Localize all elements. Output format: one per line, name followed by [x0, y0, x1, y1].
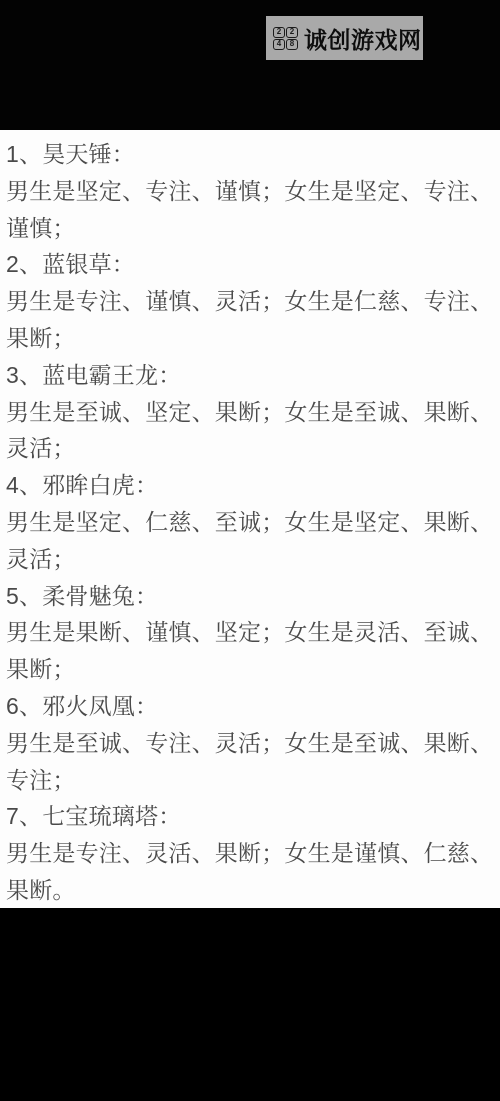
section-body-line: 果断。 [6, 872, 496, 909]
section-body-line: 专注； [6, 762, 496, 799]
section-soft-bone-rabbit: 5、柔骨魅兔： 男生是果断、谨慎、坚定；女生是灵活、至诚、 果断； [6, 578, 496, 688]
bottom-letterbox-bar [0, 908, 500, 1101]
section-title: 3、蓝电霸王龙： [6, 357, 496, 394]
section-body-line: 果断； [6, 651, 496, 688]
top-letterbox-bar: 2 2 4 8 诚创游戏网 [0, 0, 500, 130]
logo-tile: 8 [286, 39, 298, 50]
screenshot-root: 2 2 4 8 诚创游戏网 1、昊天锤： 男生是坚定、专注、谨慎；女生是坚定、专… [0, 0, 500, 1101]
section-body-line: 男生是专注、谨慎、灵活；女生是仁慈、专注、 [6, 283, 496, 320]
section-body-line: 果断； [6, 320, 496, 357]
section-body-line: 男生是至诚、坚定、果断；女生是至诚、果断、 [6, 394, 496, 431]
section-body-line: 男生是坚定、专注、谨慎；女生是坚定、专注、 [6, 173, 496, 210]
section-haotian-hammer: 1、昊天锤： 男生是坚定、专注、谨慎；女生是坚定、专注、 谨慎； [6, 136, 496, 246]
watermark-badge: 2 2 4 8 诚创游戏网 [266, 16, 423, 60]
section-blue-lightning-dragon: 3、蓝电霸王龙： 男生是至诚、坚定、果断；女生是至诚、果断、 灵活； [6, 357, 496, 467]
section-evil-eye-white-tiger: 4、邪眸白虎： 男生是坚定、仁慈、至诚；女生是坚定、果断、 灵活； [6, 467, 496, 577]
logo-tile: 4 [273, 39, 285, 50]
section-title: 2、蓝银草： [6, 246, 496, 283]
section-body-line: 男生是坚定、仁慈、至诚；女生是坚定、果断、 [6, 504, 496, 541]
section-body-line: 谨慎； [6, 210, 496, 247]
section-body-line: 男生是果断、谨慎、坚定；女生是灵活、至诚、 [6, 614, 496, 651]
article-content: 1、昊天锤： 男生是坚定、专注、谨慎；女生是坚定、专注、 谨慎； 2、蓝银草： … [0, 130, 500, 908]
watermark-site-name: 诚创游戏网 [304, 22, 422, 55]
section-title: 4、邪眸白虎： [6, 467, 496, 504]
logo-tile: 2 [273, 27, 285, 38]
section-evil-fire-phoenix: 6、邪火凤凰： 男生是至诚、专注、灵活；女生是至诚、果断、 专注； [6, 688, 496, 798]
section-title: 1、昊天锤： [6, 136, 496, 173]
section-title: 7、七宝琉璃塔： [6, 798, 496, 835]
logo-tile: 2 [286, 27, 298, 38]
section-seven-treasure-pagoda: 7、七宝琉璃塔： 男生是专注、灵活、果断；女生是谨慎、仁慈、 果断。 [6, 798, 496, 908]
section-title: 6、邪火凤凰： [6, 688, 496, 725]
section-blue-silver-grass: 2、蓝银草： 男生是专注、谨慎、灵活；女生是仁慈、专注、 果断； [6, 246, 496, 356]
section-body-line: 男生是至诚、专注、灵活；女生是至诚、果断、 [6, 725, 496, 762]
section-body-line: 灵活； [6, 430, 496, 467]
section-body-line: 男生是专注、灵活、果断；女生是谨慎、仁慈、 [6, 835, 496, 872]
section-body-line: 灵活； [6, 541, 496, 578]
logo-2248-icon: 2 2 4 8 [273, 27, 298, 50]
section-title: 5、柔骨魅兔： [6, 578, 496, 615]
